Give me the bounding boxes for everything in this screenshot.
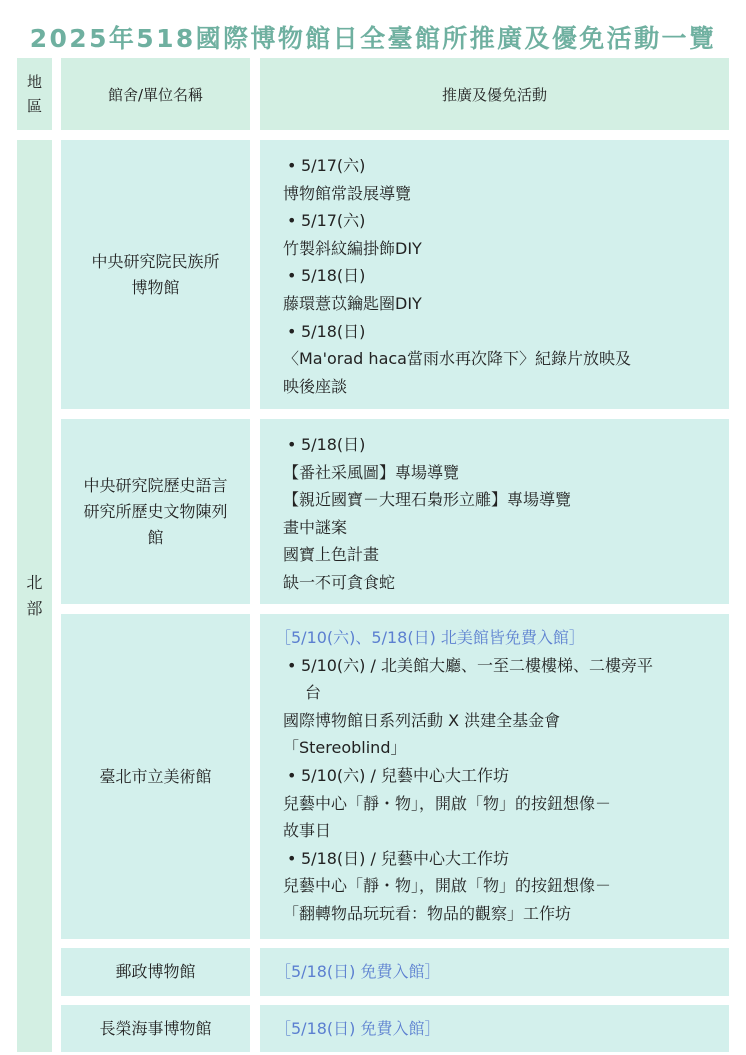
activities-cell: ［5/18(日) 免費入館］ <box>260 948 729 996</box>
venue-name-line: 臺北市立美術館 <box>99 764 211 790</box>
activity-item: 兒藝中心「靜・物」，開啟「物」的按鈕想像－ <box>283 872 719 900</box>
bullet-icon: • <box>287 318 301 346</box>
bullet-icon: • <box>287 207 301 235</box>
activity-item: 「翻轉物品玩玩看：物品的觀察」工作坊 <box>283 900 719 928</box>
activities-cell: •5/17(六) 博物館常設展導覽 •5/17(六) 竹製斜紋編掛飾DIY •5… <box>260 140 729 409</box>
activity-item: 【親近國寶－大理石梟形立雕】專場導覽 <box>283 486 719 514</box>
activities-cell: •5/18(日) 【番社采風圖】專場導覽 【親近國寶－大理石梟形立雕】專場導覽 … <box>260 419 729 604</box>
header-venue-name: 館舍/單位名稱 <box>61 58 250 130</box>
region-north: 北 部 <box>17 140 52 1052</box>
venue-name-line: 中央研究院歷史語言 <box>83 473 227 499</box>
activity-item: 藤環薏苡鑰匙圈DIY <box>283 290 719 318</box>
activity-date: •5/18(日) <box>283 431 719 459</box>
activity-item: 竹製斜紋編掛飾DIY <box>283 235 719 263</box>
activity-item: 國際博物館日系列活動 X 洪建全基金會 <box>283 707 719 735</box>
activity-item: 博物館常設展導覽 <box>283 180 719 208</box>
activity-date: •5/18(日) <box>283 318 719 346</box>
page-title: 2025年518國際博物館日全臺館所推廣及優免活動一覽 <box>0 22 746 56</box>
activities-cell: ［5/18(日) 免費入館］ <box>260 1005 729 1052</box>
bullet-icon: • <box>287 152 301 180</box>
venue-name-line: 郵政博物館 <box>115 959 195 985</box>
activity-date: •5/10(六) / 兒藝中心大工作坊 <box>283 762 719 790</box>
activity-item: 兒藝中心「靜・物」，開啟「物」的按鈕想像－ <box>283 790 719 818</box>
region-char: 部 <box>26 596 42 622</box>
activity-date: •5/10(六) / 北美館大廳、一至二樓樓梯、二樓旁平 <box>283 652 719 680</box>
activity-date: •5/17(六) <box>283 207 719 235</box>
activity-item: 「Stereoblind」 <box>283 734 719 762</box>
bullet-icon: • <box>287 652 301 680</box>
venue-name-line: 研究所歷史文物陳列 <box>83 499 227 525</box>
activity-item: 缺一不可貪食蛇 <box>283 569 719 597</box>
bullet-icon: • <box>287 762 301 790</box>
venue-name-cell: 中央研究院民族所 博物館 <box>61 140 250 409</box>
activity-item: 故事日 <box>283 817 719 845</box>
venue-name-cell: 郵政博物館 <box>61 948 250 996</box>
venue-name-cell: 長榮海事博物館 <box>61 1005 250 1052</box>
venue-name-cell: 臺北市立美術館 <box>61 614 250 939</box>
venue-name-cell: 中央研究院歷史語言 研究所歷史文物陳列 館 <box>61 419 250 604</box>
bullet-icon: • <box>287 262 301 290</box>
activity-item: 映後座談 <box>283 373 719 401</box>
activity-item: 國寶上色計畫 <box>283 541 719 569</box>
free-entry-note: ［5/18(日) 免費入館］ <box>275 958 441 986</box>
header-region-char: 地 <box>27 70 42 94</box>
venue-name-line: 館 <box>83 525 227 551</box>
header-region: 地 區 <box>17 58 52 130</box>
venue-name-line: 中央研究院民族所 <box>91 249 219 275</box>
activity-date: •5/18(日) <box>283 262 719 290</box>
venue-name-line: 長榮海事博物館 <box>99 1016 211 1042</box>
activities-cell: ［5/10(六)、5/18(日) 北美館皆免費入館］ •5/10(六) / 北美… <box>260 614 729 939</box>
region-char: 北 <box>26 570 42 596</box>
free-entry-note: ［5/18(日) 免費入館］ <box>275 1015 441 1043</box>
bullet-icon: • <box>287 431 301 459</box>
header-region-char: 區 <box>27 94 42 118</box>
activity-item: 畫中謎案 <box>283 514 719 542</box>
activity-date: •5/17(六) <box>283 152 719 180</box>
bullet-icon: • <box>287 845 301 873</box>
venue-name-line: 博物館 <box>91 275 219 301</box>
header-activities: 推廣及優免活動 <box>260 58 729 130</box>
activity-date-continued: 台 <box>283 679 719 707</box>
activity-item: 【番社采風圖】專場導覽 <box>283 459 719 487</box>
free-entry-note: ［5/10(六)、5/18(日) 北美館皆免費入館］ <box>275 624 719 652</box>
activity-date: •5/18(日) / 兒藝中心大工作坊 <box>283 845 719 873</box>
activity-item: 〈Ma'orad haca當雨水再次降下〉紀錄片放映及 <box>283 345 719 373</box>
